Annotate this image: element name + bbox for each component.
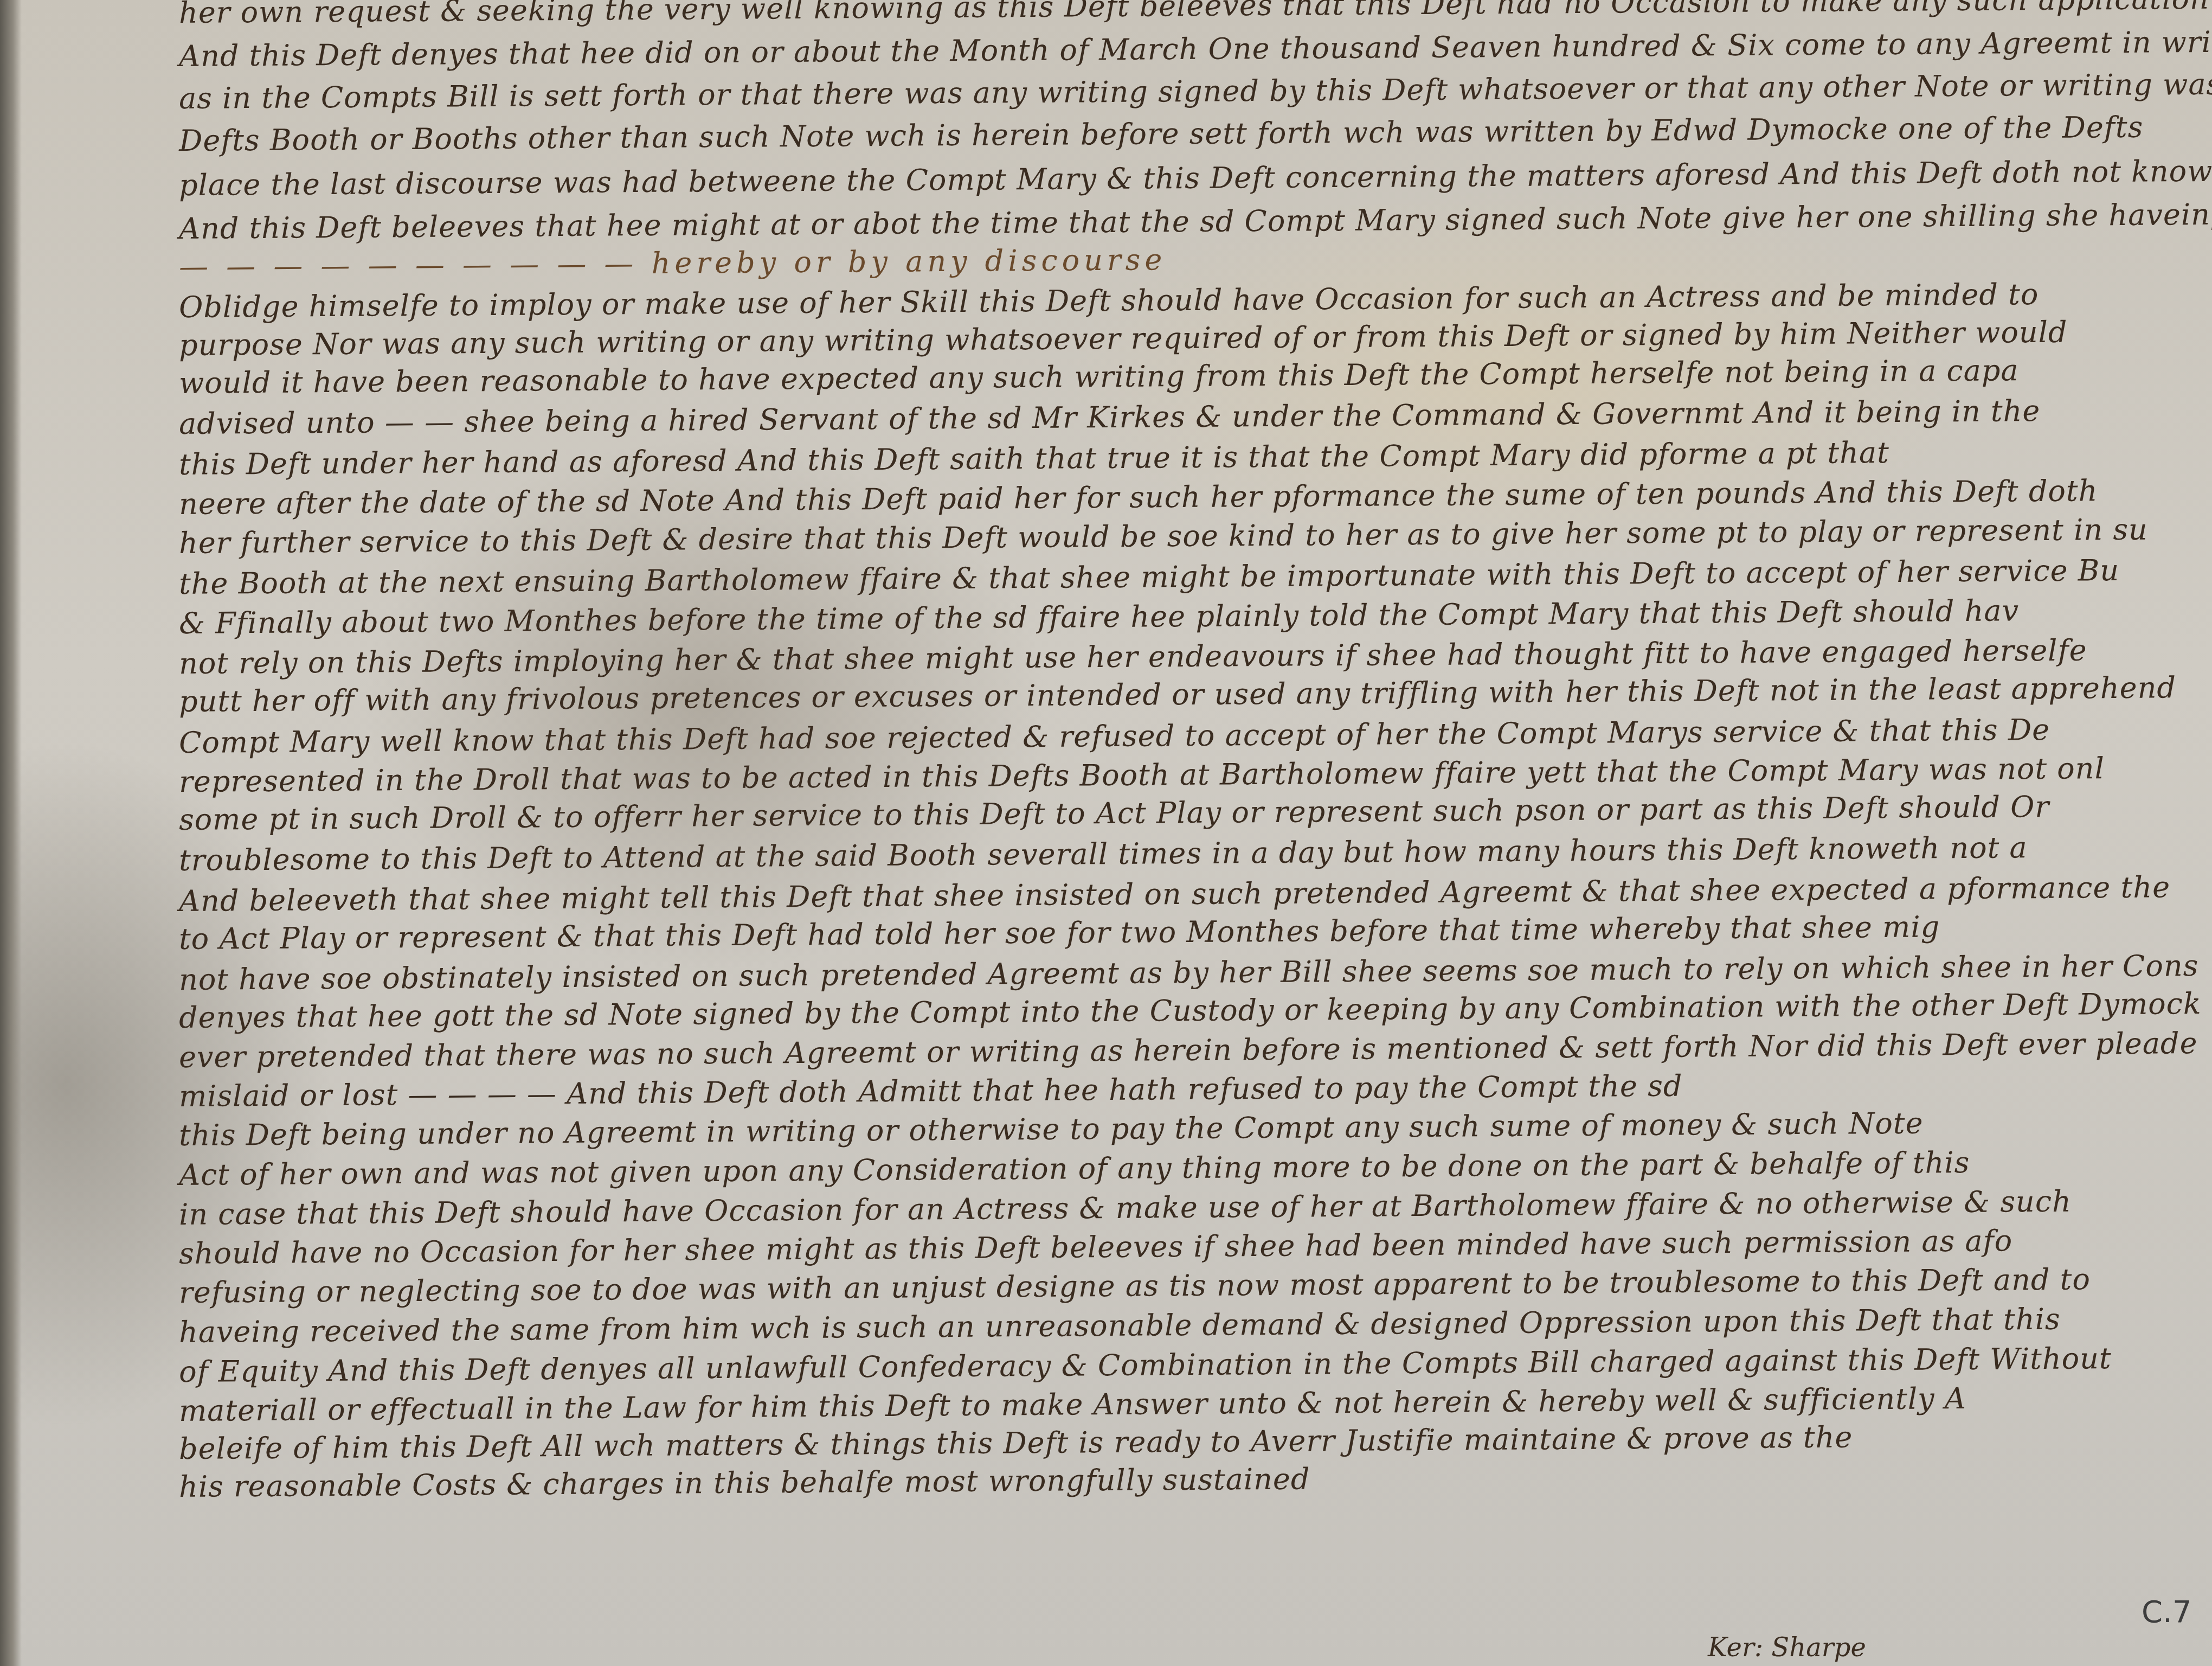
manuscript-line: haveing received the same from him wch i…	[179, 1302, 2061, 1349]
manuscript-line: of Equity And this Deft denyes all unlaw…	[179, 1341, 2112, 1389]
archive-reference-mark: C.7	[2142, 1594, 2192, 1630]
manuscript-line: Compt Mary well know that this Deft had …	[179, 713, 2050, 760]
manuscript-line: to Act Play or represent & that this Def…	[179, 909, 1940, 956]
manuscript-line: this Deft being under no Agreemt in writ…	[179, 1106, 1924, 1152]
manuscript-line: And this Deft beleeves that hee might at…	[179, 197, 2212, 246]
manuscript-line: ever pretended that there was no such Ag…	[179, 1026, 2198, 1074]
manuscript-line: Defts Booth or Booths other than such No…	[179, 110, 2144, 158]
manuscript-line: & Ffinally about two Monthes before the …	[179, 593, 2020, 640]
manuscript-line: mislaid or lost — — — — And this Deft do…	[179, 1069, 1683, 1113]
manuscript-line: her own request & seeking the very well …	[179, 0, 2212, 30]
manuscript-line: as in the Compts Bill is sett forth or t…	[179, 67, 2212, 116]
manuscript-line: should have no Occasion for her shee mig…	[179, 1223, 2013, 1271]
manuscript-line: advised unto — — shee being a hired Serv…	[179, 394, 2041, 441]
manuscript-line: her further service to this Deft & desir…	[179, 512, 2148, 560]
manuscript-line: refusing or neglecting soe to doe was wi…	[179, 1262, 2091, 1310]
parchment-left-edge	[0, 0, 22, 1666]
manuscript-line: And this Deft denyes that hee did on or …	[179, 24, 2212, 73]
manuscript-line: the Booth at the next ensuing Bartholome…	[179, 553, 2120, 601]
manuscript-line-filler: — — — — — — — — — — hereby or by any dis…	[179, 242, 1167, 284]
signature-fragment: Ker: Sharpe	[1708, 1632, 1866, 1663]
manuscript-line: beleife of him this Deft All wch matters…	[179, 1420, 1853, 1466]
manuscript-line: his reasonable Costs & charges in this b…	[179, 1462, 1310, 1504]
manuscript-line: place the last discourse was had between…	[179, 153, 2212, 202]
manuscript-line: Act of her own and was not given upon an…	[179, 1145, 1970, 1192]
manuscript-line: in case that this Deft should have Occas…	[179, 1184, 2072, 1232]
manuscript-line: troublesome to this Deft to Attend at th…	[179, 830, 2028, 877]
manuscript-line: this Deft under her hand as aforesd And …	[179, 435, 1889, 482]
manuscript-line: neere after the date of the sd Note And …	[179, 473, 2098, 521]
